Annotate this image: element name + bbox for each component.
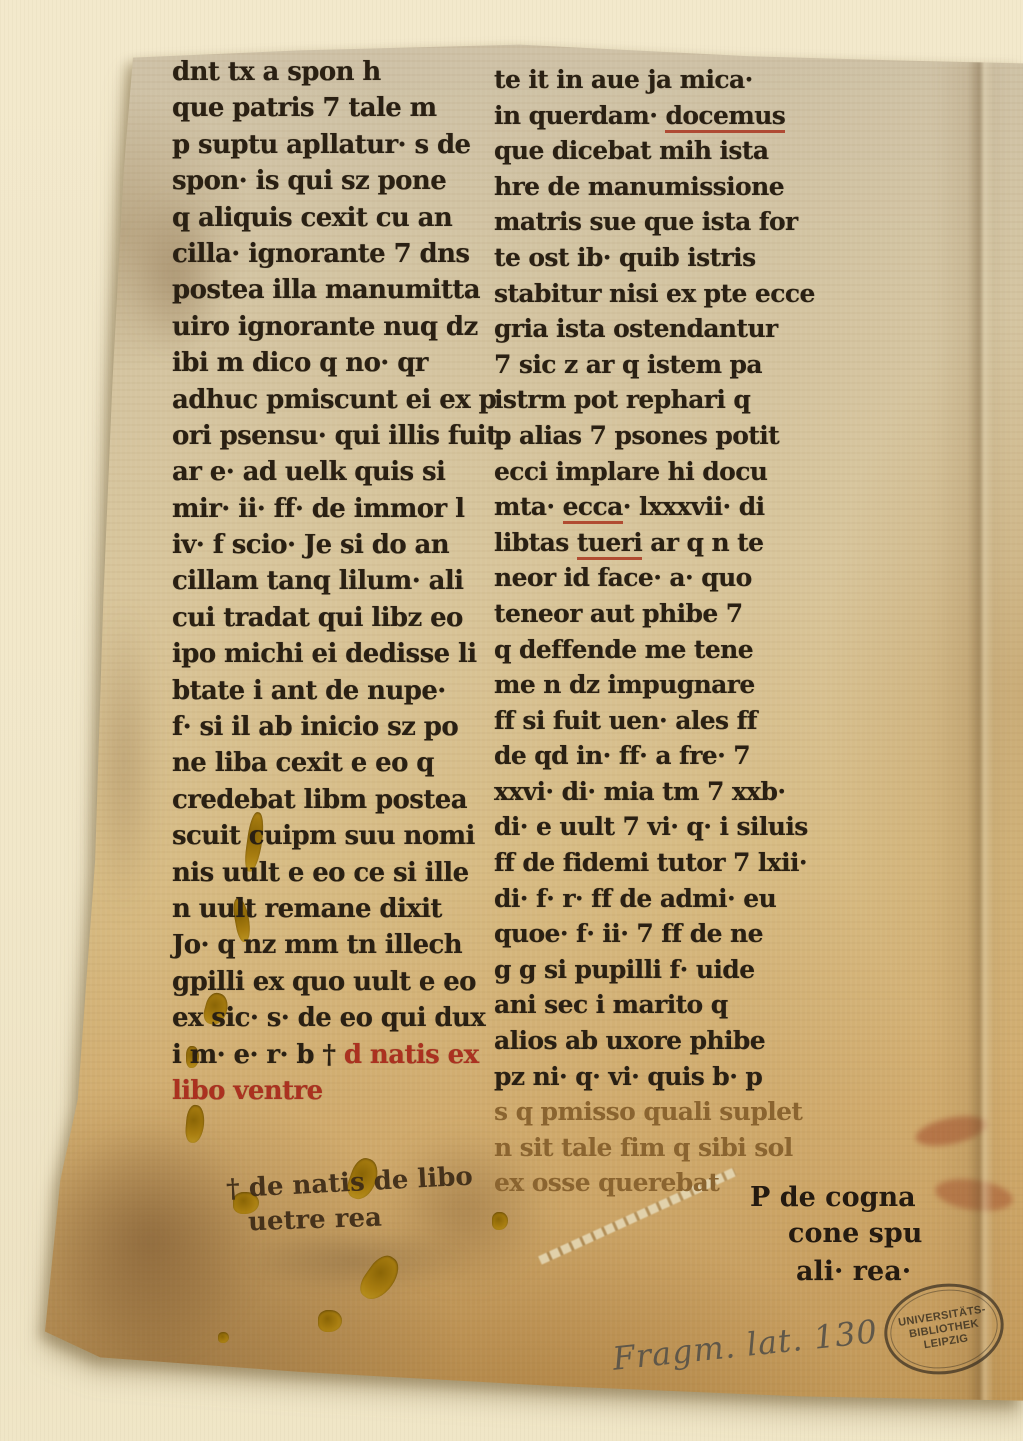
text-line: q aliquis cexit cu an bbox=[172, 200, 517, 236]
stain-smudge-under-note bbox=[240, 1228, 470, 1292]
bottom-note-right-line1: P de cogna bbox=[750, 1182, 916, 1213]
text-line: ecci implare hi docu bbox=[494, 454, 854, 490]
text-segment: Jo· q nz mm tn illech bbox=[172, 930, 462, 960]
text-line: me n dz impugnare bbox=[494, 667, 854, 703]
text-segment: me n dz impugnare bbox=[494, 670, 755, 699]
photo-backdrop: dnt tx a spon hque patris 7 tale mp supt… bbox=[0, 0, 1023, 1441]
text-line: neor id face· a· quo bbox=[494, 560, 854, 596]
text-line: hre de manumissione bbox=[494, 169, 854, 205]
worm-hole bbox=[355, 1250, 405, 1305]
text-segment: ex sic· s· de eo qui dux bbox=[172, 1003, 485, 1033]
text-line: pz ni· q· vi· quis b· p bbox=[494, 1059, 854, 1095]
text-segment: nis uult e eo ce si ille bbox=[172, 858, 469, 888]
text-line: cui tradat qui libz eo bbox=[172, 600, 517, 636]
text-segment: alios ab uxore phibe bbox=[494, 1026, 765, 1055]
shelfmark-label: Fragm. lat. 130 bbox=[611, 1312, 880, 1378]
text-segment: f· si il ab inicio sz po bbox=[172, 712, 458, 742]
text-line: p suptu apllatur· s de bbox=[172, 127, 517, 163]
text-line: que patris 7 tale m bbox=[172, 90, 517, 126]
text-line: te it in aue ja mica· bbox=[494, 62, 854, 98]
text-segment: ar e· ad uelk quis si bbox=[172, 457, 445, 487]
bottom-note-right-line3: ali· rea· bbox=[796, 1256, 911, 1287]
text-segment: n uult remane dixit bbox=[172, 894, 442, 924]
text-segment: ecca bbox=[563, 492, 623, 524]
text-line: p alias 7 psones potit bbox=[494, 418, 854, 454]
text-line: scuit cuipm suu nomi bbox=[172, 818, 517, 854]
text-line: di· e uult 7 vi· q· i siluis bbox=[494, 809, 854, 845]
text-segment: d natis ex bbox=[344, 1040, 479, 1070]
text-segment: ff de fidemi tutor 7 lxii· bbox=[494, 848, 807, 877]
text-line: cilla· ignorante 7 dns bbox=[172, 236, 517, 272]
text-segment: s q pmisso quali suplet bbox=[494, 1097, 802, 1126]
text-segment: in querdam· bbox=[494, 101, 665, 130]
text-segment: matris sue que ista for bbox=[494, 207, 798, 236]
text-line: f· si il ab inicio sz po bbox=[172, 709, 517, 745]
text-line: di· f· r· ff de admi· eu bbox=[494, 881, 854, 917]
text-line: n sit tale fim q sibi sol bbox=[494, 1130, 854, 1166]
text-line: ibi m dico q no· qr bbox=[172, 345, 517, 381]
text-line: libtas tueri ar q n te bbox=[494, 525, 854, 561]
text-segment: quoe· f· ii· 7 ff de ne bbox=[494, 919, 763, 948]
text-segment: g g si pupilli f· uide bbox=[494, 955, 755, 984]
text-line: in querdam· docemus bbox=[494, 98, 854, 134]
text-line: n uult remane dixit bbox=[172, 891, 517, 927]
text-line: libo ventre bbox=[172, 1073, 517, 1109]
text-segment: mir· ii· ff· de immor l bbox=[172, 494, 464, 524]
text-line: cillam tanq lilum· ali bbox=[172, 563, 517, 599]
text-segment: scuit cuipm suu nomi bbox=[172, 821, 475, 851]
text-segment: teneor aut phibe 7 bbox=[494, 599, 743, 628]
text-segment: hre de manumissione bbox=[494, 172, 784, 201]
text-segment: cillam tanq lilum· ali bbox=[172, 566, 463, 596]
text-segment: cui tradat qui libz eo bbox=[172, 603, 463, 633]
text-segment: libtas bbox=[494, 528, 577, 557]
text-segment: adhuc pmiscunt ei ex p bbox=[172, 385, 496, 415]
text-segment: p alias 7 psones potit bbox=[494, 421, 779, 450]
text-line: teneor aut phibe 7 bbox=[494, 596, 854, 632]
text-line: ne liba cexit e eo q bbox=[172, 745, 517, 781]
text-segment: credebat libm postea bbox=[172, 785, 467, 815]
text-line: i m· e· r· b † d natis ex bbox=[172, 1037, 517, 1073]
text-segment: te ost ib· quib istris bbox=[494, 243, 756, 272]
text-line: mta· ecca· lxxxvii· di bbox=[494, 489, 854, 525]
text-line: s q pmisso quali suplet bbox=[494, 1094, 854, 1130]
text-line: ori psensu· qui illis fuit bbox=[172, 418, 517, 454]
stamp-line1: UNIVERSITÄTS- bbox=[897, 1303, 986, 1330]
worm-hole bbox=[218, 1332, 229, 1343]
worm-hole bbox=[184, 1104, 205, 1143]
fold-crease bbox=[968, 61, 994, 1404]
text-segment: q deffende me tene bbox=[494, 635, 753, 664]
text-line: ar e· ad uelk quis si bbox=[172, 454, 517, 490]
text-segment: · lxxxvii· di bbox=[623, 492, 765, 521]
text-line: de qd in· ff· a fre· 7 bbox=[494, 738, 854, 774]
text-line: dnt tx a spon h bbox=[172, 54, 517, 90]
text-segment: tueri bbox=[577, 528, 642, 560]
parchment-shadow: dnt tx a spon hque patris 7 tale mp supt… bbox=[0, 0, 1023, 1441]
text-segment: stabitur nisi ex pte ecce bbox=[494, 279, 815, 308]
text-line: iv· f scio· Je si do an bbox=[172, 527, 517, 563]
text-segment: ecci implare hi docu bbox=[494, 457, 767, 486]
text-line: uiro ignorante nuq dz bbox=[172, 309, 517, 345]
text-line: gria ista ostendantur bbox=[494, 311, 854, 347]
text-segment: ipo michi ei dedisse li bbox=[172, 639, 477, 669]
text-line: adhuc pmiscunt ei ex p bbox=[172, 382, 517, 418]
text-segment: istrm pot rephari q bbox=[494, 385, 750, 414]
text-segment: 7 sic z ar q istem pa bbox=[494, 350, 762, 379]
text-segment: de qd in· ff· a fre· 7 bbox=[494, 741, 750, 770]
text-segment: ex osse querebat bbox=[494, 1168, 719, 1197]
text-line: postea illa manumitta bbox=[172, 272, 517, 308]
bottom-note-center-line1: † de natis de libo bbox=[225, 1162, 473, 1205]
text-segment: di· f· r· ff de admi· eu bbox=[494, 884, 776, 913]
text-segment: ori psensu· qui illis fuit bbox=[172, 421, 497, 451]
text-segment: spon· is qui sz pone bbox=[172, 166, 446, 196]
text-segment: n sit tale fim q sibi sol bbox=[494, 1133, 793, 1162]
text-line: spon· is qui sz pone bbox=[172, 163, 517, 199]
stain-left-edge bbox=[92, 600, 156, 920]
column-right: te it in aue ja mica·in querdam· docemus… bbox=[494, 62, 854, 1201]
text-segment: te it in aue ja mica· bbox=[494, 65, 753, 94]
text-line: matris sue que ista for bbox=[494, 204, 854, 240]
text-line: stabitur nisi ex pte ecce bbox=[494, 276, 854, 312]
text-line: ipo michi ei dedisse li bbox=[172, 636, 517, 672]
text-line: istrm pot rephari q bbox=[494, 382, 854, 418]
text-segment: postea illa manumitta bbox=[172, 275, 480, 305]
text-line: 7 sic z ar q istem pa bbox=[494, 347, 854, 383]
text-line: q deffende me tene bbox=[494, 632, 854, 668]
text-segment: i m· e· r· b † bbox=[172, 1040, 344, 1070]
text-segment: cilla· ignorante 7 dns bbox=[172, 239, 469, 269]
text-line: que dicebat mih ista bbox=[494, 133, 854, 169]
text-segment: libo ventre bbox=[172, 1076, 323, 1106]
text-line: quoe· f· ii· 7 ff de ne bbox=[494, 916, 854, 952]
text-line: ff de fidemi tutor 7 lxii· bbox=[494, 845, 854, 881]
text-line: ff si fuit uen· ales ff bbox=[494, 703, 854, 739]
text-segment: gpilli ex quo uult e eo bbox=[172, 967, 476, 997]
text-line: Jo· q nz mm tn illech bbox=[172, 927, 517, 963]
text-segment: ff si fuit uen· ales ff bbox=[494, 706, 757, 735]
text-segment: neor id face· a· quo bbox=[494, 563, 752, 592]
bottom-note-right-line2: cone spu bbox=[788, 1218, 922, 1249]
text-segment: iv· f scio· Je si do an bbox=[172, 530, 449, 560]
text-segment: dnt tx a spon h bbox=[172, 57, 381, 87]
text-segment: gria ista ostendantur bbox=[494, 314, 778, 343]
text-segment: di· e uult 7 vi· q· i siluis bbox=[494, 812, 808, 841]
stain-bottom-left bbox=[40, 1120, 260, 1360]
text-line: g g si pupilli f· uide bbox=[494, 952, 854, 988]
parchment-leaf: dnt tx a spon hque patris 7 tale mp supt… bbox=[0, 0, 1023, 1441]
text-segment: que patris 7 tale m bbox=[172, 93, 437, 123]
text-line: alios ab uxore phibe bbox=[494, 1023, 854, 1059]
text-line: xxvi· di· mia tm 7 xxb· bbox=[494, 774, 854, 810]
text-segment: docemus bbox=[665, 101, 785, 133]
worm-hole bbox=[492, 1212, 508, 1230]
text-line: te ost ib· quib istris bbox=[494, 240, 854, 276]
text-line: ex sic· s· de eo qui dux bbox=[172, 1000, 517, 1036]
text-line: btate i ant de nupe· bbox=[172, 673, 517, 709]
column-left: dnt tx a spon hque patris 7 tale mp supt… bbox=[172, 54, 517, 1109]
text-segment: mta· bbox=[494, 492, 563, 521]
text-segment: btate i ant de nupe· bbox=[172, 676, 446, 706]
text-segment: pz ni· q· vi· quis b· p bbox=[494, 1062, 762, 1091]
text-segment: uiro ignorante nuq dz bbox=[172, 312, 478, 342]
stamp-line3: LEIPZIG bbox=[923, 1332, 969, 1352]
text-segment: ar q n te bbox=[642, 528, 763, 557]
stamp-line2: BIBLIOTHEK bbox=[908, 1317, 979, 1341]
text-segment: ibi m dico q no· qr bbox=[172, 348, 428, 378]
text-segment: q aliquis cexit cu an bbox=[172, 203, 452, 233]
text-line: gpilli ex quo uult e eo bbox=[172, 964, 517, 1000]
text-segment: que dicebat mih ista bbox=[494, 136, 768, 165]
text-line: credebat libm postea bbox=[172, 782, 517, 818]
text-segment: p suptu apllatur· s de bbox=[172, 130, 470, 160]
worm-hole bbox=[318, 1310, 342, 1332]
text-line: ani sec i marito q bbox=[494, 987, 854, 1023]
text-segment: xxvi· di· mia tm 7 xxb· bbox=[494, 777, 785, 806]
text-line: nis uult e eo ce si ille bbox=[172, 855, 517, 891]
text-segment: ani sec i marito q bbox=[494, 990, 728, 1019]
text-line: mir· ii· ff· de immor l bbox=[172, 491, 517, 527]
text-segment: ne liba cexit e eo q bbox=[172, 748, 434, 778]
bottom-note-center-line2: uetre rea bbox=[248, 1203, 383, 1238]
